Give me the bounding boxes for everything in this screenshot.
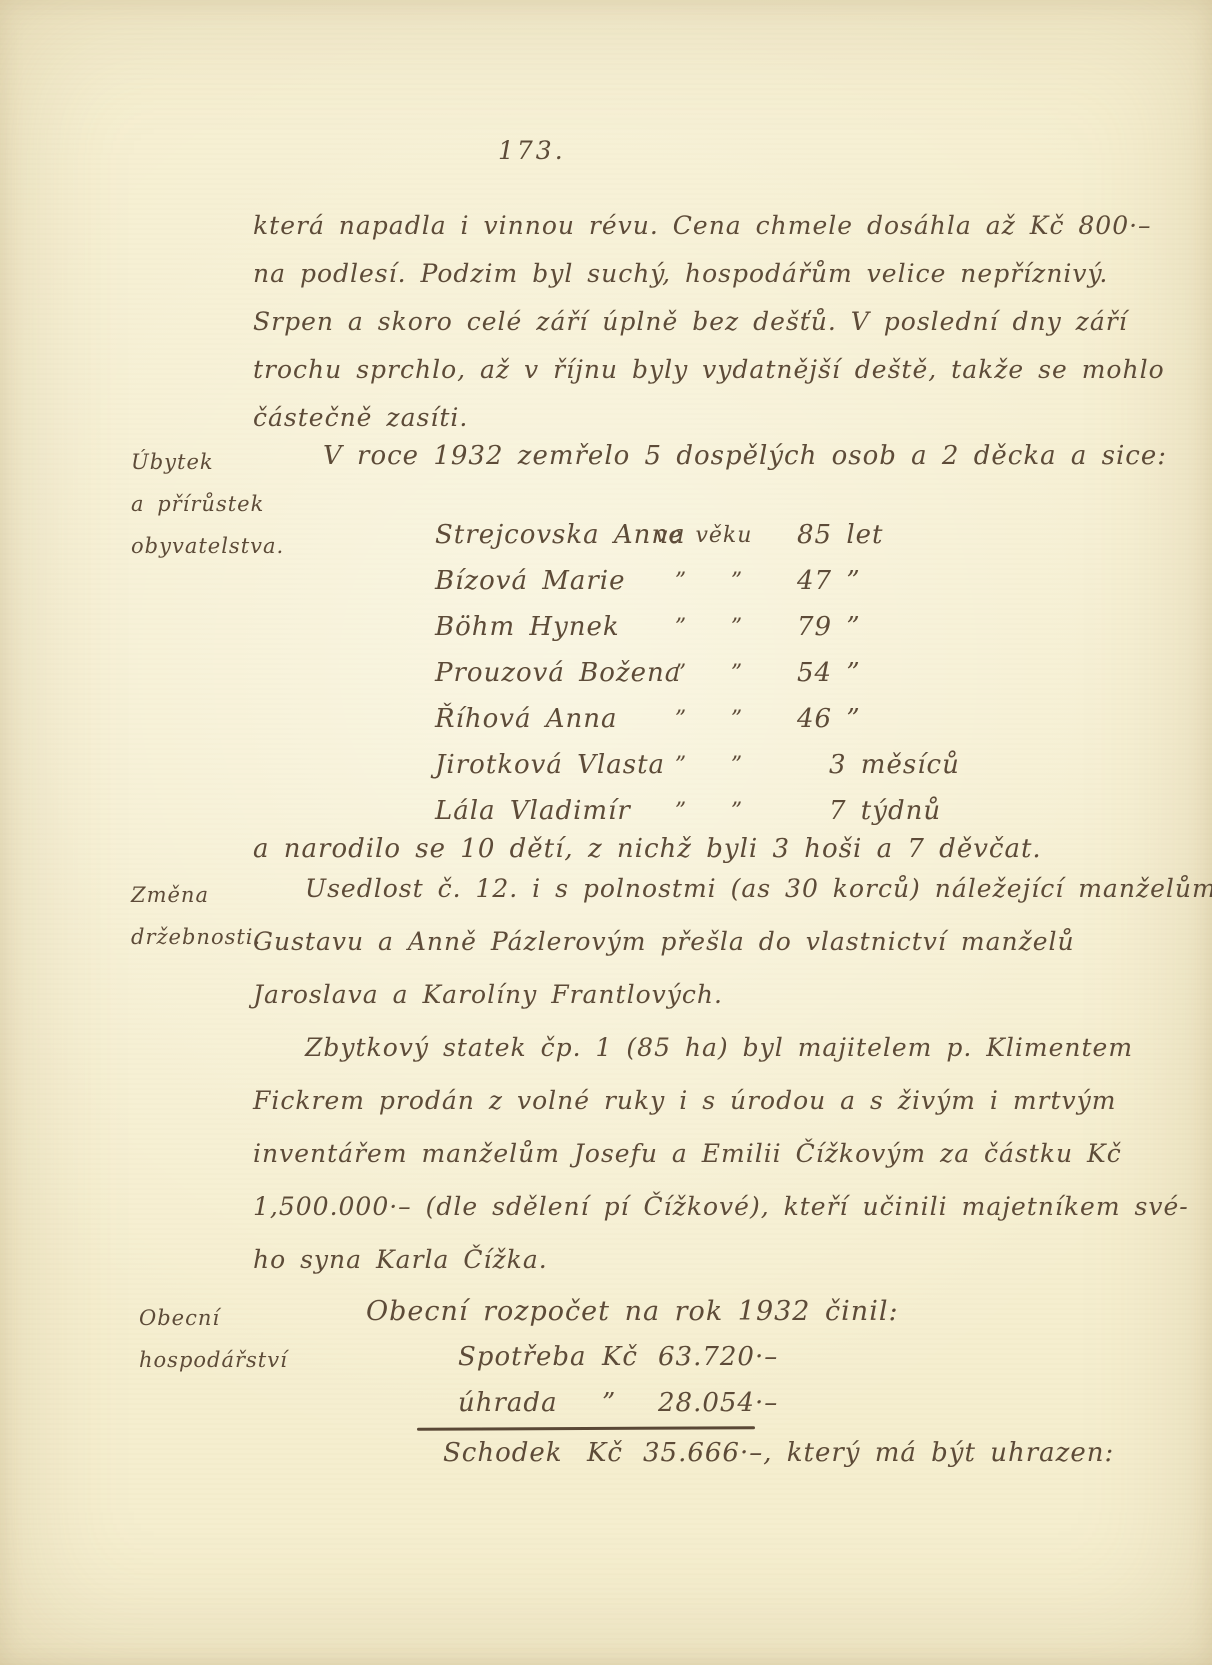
- margin-note-budget: Obecní hospodářství: [139, 1297, 288, 1381]
- ditto-mark: ”: [707, 799, 767, 824]
- margin-note-population: Úbytek a přírůstek obyvatelstva.: [131, 441, 284, 567]
- budget-amount: 28.054·–: [658, 1388, 778, 1418]
- ditto-mark: ”: [655, 569, 707, 594]
- death-age: 54 ”: [767, 658, 960, 688]
- death-age: 47 ”: [767, 566, 960, 596]
- paragraph-line: 1,500.000·– (dle sdělení pí Čížkové), kt…: [253, 1180, 1212, 1233]
- budget-currency: Kč: [602, 1342, 658, 1372]
- death-name: Strejcovska Anna: [435, 520, 655, 550]
- death-name: Říhová Anna: [435, 704, 655, 734]
- budget-amount: 63.720·–: [658, 1342, 778, 1372]
- budget-label: Schodek: [443, 1438, 587, 1468]
- ditto-mark: ”: [655, 799, 707, 824]
- death-age: 46 ”: [767, 704, 960, 734]
- paragraph-line: Zbytkový statek čp. 1 (85 ha) byl majite…: [253, 1021, 1212, 1074]
- property-paragraph: Usedlost č. 12. i s polnostmi (as 30 kor…: [253, 862, 1212, 1286]
- paragraph-line: Srpen a skoro celé září úplně bez dešťů.…: [253, 298, 1165, 346]
- death-row: Říhová Anna ” ” 46 ”: [435, 696, 960, 742]
- ditto-mark: ”: [655, 661, 707, 686]
- margin-note-line: držebnosti.: [131, 916, 261, 958]
- paragraph-line: Fickrem prodán z volné ruky i s úrodou a…: [253, 1074, 1212, 1127]
- paragraph-line: částečně zasíti.: [253, 394, 1165, 442]
- budget-heading: Obecní rozpočet na rok 1932 činil:: [366, 1296, 899, 1327]
- death-name: Lála Vladimír: [435, 796, 655, 826]
- margin-note-line: hospodářství: [139, 1339, 288, 1381]
- ditto-mark: ”: [655, 753, 707, 778]
- page-number: 173.: [498, 136, 566, 165]
- births-line: a narodilo se 10 dětí, z nichž byli 3 ho…: [253, 834, 1042, 864]
- margin-note-line: a přírůstek: [131, 483, 284, 525]
- death-row: Jirotková Vlasta ” ” 3 měsíců: [435, 742, 960, 788]
- margin-note-line: obyvatelstva.: [131, 525, 284, 567]
- margin-note-line: Úbytek: [131, 441, 284, 483]
- intro-paragraph: která napadla i vinnou révu. Cena chmele…: [253, 202, 1165, 442]
- paragraph-line: Jaroslava a Karolíny Frantlových.: [253, 968, 1212, 1021]
- deaths-list: Strejcovska Anna ve věku 85 let Bízová M…: [435, 512, 960, 834]
- paragraph-line: Usedlost č. 12. i s polnostmi (as 30 kor…: [253, 862, 1212, 915]
- death-age: 3 měsíců: [767, 750, 960, 780]
- deaths-intro-line: V roce 1932 zemřelo 5 dospělých osob a 2…: [323, 441, 1167, 471]
- ditto-mark: ”: [707, 707, 767, 732]
- death-row: Lála Vladimír ” ” 7 týdnů: [435, 788, 960, 834]
- death-row: Strejcovska Anna ve věku 85 let: [435, 512, 960, 558]
- death-name: Böhm Hynek: [435, 612, 655, 642]
- death-name: Jirotková Vlasta: [435, 750, 655, 780]
- document-page: 173. která napadla i vinnou révu. Cena c…: [0, 0, 1212, 1665]
- ditto-mark: ”: [655, 707, 707, 732]
- ditto-mark: ”: [707, 569, 767, 594]
- budget-row-spotreba: Spotřeba Kč 63.720·–: [458, 1342, 778, 1372]
- death-name: Prouzová Božena: [435, 658, 655, 688]
- death-name: Bízová Marie: [435, 566, 655, 596]
- ditto-mark: ”: [707, 661, 767, 686]
- paragraph-line: která napadla i vinnou révu. Cena chmele…: [253, 202, 1165, 250]
- death-row: Bízová Marie ” ” 47 ”: [435, 558, 960, 604]
- paragraph-line: ho syna Karla Čížka.: [253, 1233, 1212, 1286]
- uhrada-underline-rule: [417, 1426, 755, 1430]
- paragraph-line: inventářem manželům Josefu a Emilii Čížk…: [253, 1127, 1212, 1180]
- paragraph-line: na podlesí. Podzim byl suchý, hospodářům…: [253, 250, 1165, 298]
- death-age: 7 týdnů: [767, 796, 960, 826]
- budget-label: Spotřeba: [458, 1342, 602, 1372]
- margin-note-line: Obecní: [139, 1297, 288, 1339]
- margin-note-line: Změna: [131, 874, 261, 916]
- death-age: 79 ”: [767, 612, 960, 642]
- ditto-mark: ”: [602, 1388, 658, 1418]
- death-row: Prouzová Božena ” ” 54 ”: [435, 650, 960, 696]
- paragraph-line: trochu sprchlo, až v říjnu byly vydatněj…: [253, 346, 1165, 394]
- budget-row-schodek: Schodek Kč 35.666·–, který má být uhraze…: [443, 1438, 1114, 1468]
- ditto-mark: ”: [655, 615, 707, 640]
- ditto-mark: ”: [707, 753, 767, 778]
- budget-row-uhrada: úhrada ” 28.054·–: [458, 1388, 778, 1418]
- margin-note-property: Změna držebnosti.: [131, 874, 261, 958]
- death-age-unit: ve věku: [655, 523, 707, 548]
- budget-currency: Kč: [587, 1438, 643, 1468]
- budget-label: úhrada: [458, 1388, 602, 1418]
- budget-amount: 35.666·–, který má být uhrazen:: [643, 1438, 1114, 1468]
- death-row: Böhm Hynek ” ” 79 ”: [435, 604, 960, 650]
- paragraph-line: Gustavu a Anně Pázlerovým přešla do vlas…: [253, 915, 1212, 968]
- death-age: 85 let: [767, 520, 960, 550]
- ditto-mark: ”: [707, 615, 767, 640]
